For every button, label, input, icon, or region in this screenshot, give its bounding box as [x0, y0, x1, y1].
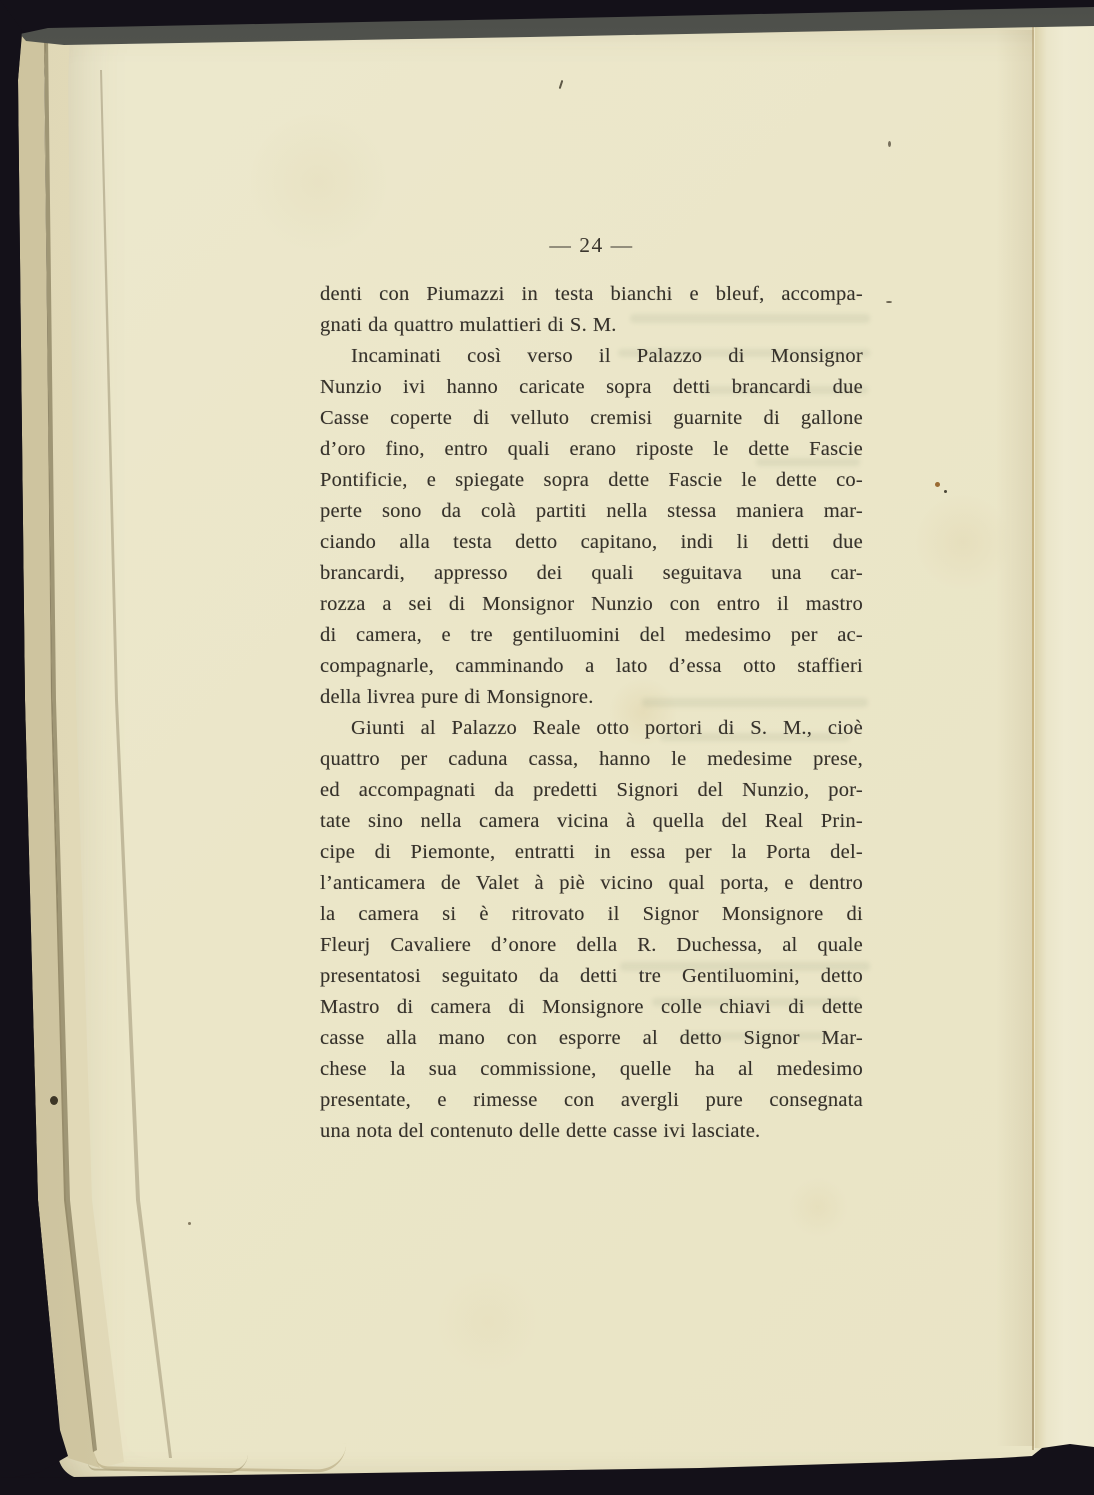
text-line: la camera si è ritrovato il Signor Monsi…: [320, 899, 863, 930]
text-line: una nota del contenuto delle dette casse…: [320, 1116, 863, 1147]
speck: [188, 1222, 191, 1225]
text-line: Pontificie, e spiegate sopra dette Fasci…: [320, 465, 863, 496]
gutter-line: [1032, 26, 1034, 1450]
text-line: Fleurj Cavaliere d’onore della R. Duches…: [320, 930, 863, 961]
text-line: chese la sua commissione, quelle ha al m…: [320, 1054, 863, 1085]
text-line: d’oro fino, entro quali erano riposte le…: [320, 434, 863, 465]
text-line: perte sono da colà partiti nella stessa …: [320, 496, 863, 527]
text-line: della livrea pure di Monsignore.: [320, 682, 863, 713]
text-line: denti con Piumazzi in testa bianchi e bl…: [320, 279, 863, 310]
facing-page-edge: [1034, 12, 1094, 1448]
speck: [944, 490, 947, 493]
text-line: Nunzio ivi hanno caricate sopra detti br…: [320, 372, 863, 403]
text-line: quattro per caduna cassa, hanno le medes…: [320, 744, 863, 775]
text-line: tate sino nella camera vicina à quella d…: [320, 806, 863, 837]
text-line: ciando alla testa detto capitano, indi l…: [320, 527, 863, 558]
text-line: gnati da quattro mulattieri di S. M.: [320, 310, 863, 341]
text-line: rozza a sei di Monsignor Nunzio con entr…: [320, 589, 863, 620]
text-block: denti con Piumazzi in testa bianchi e bl…: [320, 279, 863, 1147]
text-line: ed accompagnati da predetti Signori del …: [320, 775, 863, 806]
text-line: di camera, e tre gentiluomini del medesi…: [320, 620, 863, 651]
bottom-page-edge: [88, 1450, 248, 1473]
page-number: — 24 —: [320, 233, 863, 258]
text-line: Casse coperte di velluto cremisi guarnit…: [320, 403, 863, 434]
speck: [50, 1096, 58, 1105]
gutter-shadow: [996, 30, 1034, 1446]
text-line: Mastro di camera di Monsignore colle chi…: [320, 992, 863, 1023]
speck: [935, 482, 940, 487]
speck: [886, 301, 892, 303]
text-line: l’anticamera de Valet à piè vicino qual …: [320, 868, 863, 899]
text-line: presentatosi seguitato da detti tre Gent…: [320, 961, 863, 992]
text-line: cipe di Piemonte, entratti in essa per l…: [320, 837, 863, 868]
text-line: compagnarle, camminando a lato d’essa ot…: [320, 651, 863, 682]
text-line: Giunti al Palazzo Reale otto portori di …: [320, 713, 863, 744]
speck: [888, 141, 891, 147]
text-line: casse alla mano con esporre al detto Sig…: [320, 1023, 863, 1054]
text-line: brancardi, appresso dei quali seguitava …: [320, 558, 863, 589]
text-line: Incaminati così verso il Palazzo di Mons…: [320, 341, 863, 372]
text-line: presentate, e rimesse con avergli pure c…: [320, 1085, 863, 1116]
book-scan: — 24 — denti con Piumazzi in testa bianc…: [0, 0, 1094, 1495]
